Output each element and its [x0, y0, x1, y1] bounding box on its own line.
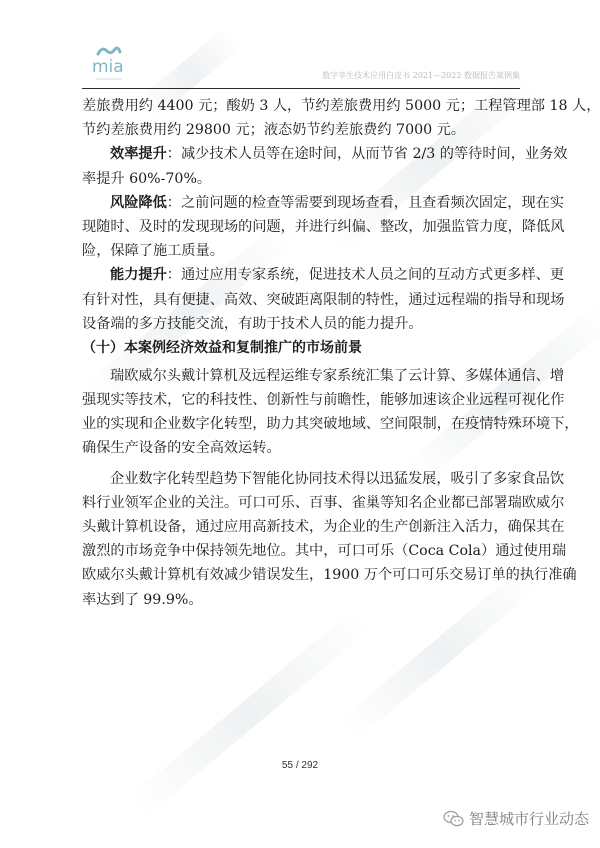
text-line: 激烈的市场竞争中保持领先地位。其中，可口可乐（Coca Cola）通过使用瑞: [82, 539, 520, 563]
document-body: 差旅费用约 4400 元；酸奶 3 人，节约差旅费用约 5000 元；工程管理部…: [82, 94, 520, 612]
brand-watermark: 智慧城市行业动态: [443, 808, 589, 829]
running-header-title: 数字孪生技术应用白皮书 2021—2022 数据报告案例集: [322, 70, 520, 81]
text-line: 料行业领军企业的关注。可口可乐、百事、雀巢等知名企业都已部署瑞欧威尔: [82, 491, 520, 515]
text-line: 有针对性，具有便捷、高效、突破距离限制的特性，通过远程端的指导和现场: [82, 288, 520, 312]
paragraph-risk: 风险降低：之前问题的检查等需要到现场查看，且查看频次固定，现在实 现随时、及时的…: [82, 191, 520, 264]
text-line: 率达到了 99.9%。: [82, 588, 520, 612]
lead-term: 能力提升: [110, 267, 167, 283]
text-line: 差旅费用约 4400 元；酸奶 3 人，节约差旅费用约 5000 元；工程管理部…: [82, 94, 520, 118]
text-line: 瑞欧威尔头戴计算机及远程运维专家系统汇集了云计算、多媒体通信、增: [82, 364, 520, 388]
text-line: 设备端的多方技能交流，有助于技术人员的能力提升。: [82, 312, 520, 336]
text-line: 强现实等技术，它的科技性、创新性与前瞻性，能够加速该企业远程可视化作: [82, 388, 520, 412]
text-line: 头戴计算机设备，通过应用高新技术，为企业的生产创新注入活力，确保其在: [82, 515, 520, 539]
logo-text: mia: [92, 57, 124, 77]
lead-term: 效率提升: [110, 146, 167, 162]
text-line: 风险降低：之前问题的检查等需要到现场查看，且查看频次固定，现在实: [82, 191, 520, 215]
text-line: 率提升 60%-70%。: [82, 167, 520, 191]
paragraph-market-adoption: 企业数字化转型趋势下智能化协同技术得以迅猛发展，吸引了多家食品饮 料行业领军企业…: [82, 467, 520, 612]
text-line: 能力提升：通过应用专家系统，促进技术人员之间的互动方式更多样、更: [82, 263, 520, 287]
publisher-logo: mia: [92, 45, 132, 85]
wechat-icon: [443, 810, 465, 828]
logo-subtitle: [96, 78, 122, 80]
paragraph-travel-savings: 差旅费用约 4400 元；酸奶 3 人，节约差旅费用约 5000 元；工程管理部…: [82, 94, 520, 142]
header-rule: [82, 88, 520, 89]
page-number: 55 / 292: [0, 760, 600, 771]
section-heading: （十）本案例经济效益和复制推广的市场前景: [82, 336, 520, 360]
text-line: 节约差旅费用约 29800 元；液态奶节约差旅费约 7000 元。: [82, 118, 520, 142]
text-span: ：减少技术人员等在途时间，从而节省 2/3 的等待时间，业务效: [167, 146, 568, 162]
logo-mark-icon: [96, 45, 122, 57]
text-line: 确保生产设备的安全高效运转。: [82, 436, 520, 460]
text-line: 业的实现和企业数字化转型，助力其突破地域、空间限制，在疫情特殊环境下，: [82, 412, 520, 436]
text-line: 欧威尔头戴计算机有效减少错误发生，1900 万个可口可乐交易订单的执行准确: [82, 563, 520, 587]
brand-watermark-text: 智慧城市行业动态: [469, 808, 589, 829]
text-line: 险，保障了施工质量。: [82, 239, 520, 263]
background-watermark: [127, 607, 374, 820]
paragraph-market-tech: 瑞欧威尔头戴计算机及远程运维专家系统汇集了云计算、多媒体通信、增 强现实等技术，…: [82, 364, 520, 461]
text-line: 效率提升：减少技术人员等在途时间，从而节省 2/3 的等待时间，业务效: [82, 142, 520, 166]
text-span: ：通过应用专家系统，促进技术人员之间的互动方式更多样、更: [167, 267, 564, 283]
text-span: ：之前问题的检查等需要到现场查看，且查看频次固定，现在实: [167, 195, 564, 211]
paragraph-capability: 能力提升：通过应用专家系统，促进技术人员之间的互动方式更多样、更 有针对性，具有…: [82, 263, 520, 336]
paragraph-efficiency: 效率提升：减少技术人员等在途时间，从而节省 2/3 的等待时间，业务效 率提升 …: [82, 142, 520, 190]
text-line: 现随时、及时的发现现场的问题，并进行纠偏、整改，加强监管力度，降低风: [82, 215, 520, 239]
text-line: 企业数字化转型趋势下智能化协同技术得以迅猛发展，吸引了多家食品饮: [82, 467, 520, 491]
lead-term: 风险降低: [110, 195, 167, 211]
